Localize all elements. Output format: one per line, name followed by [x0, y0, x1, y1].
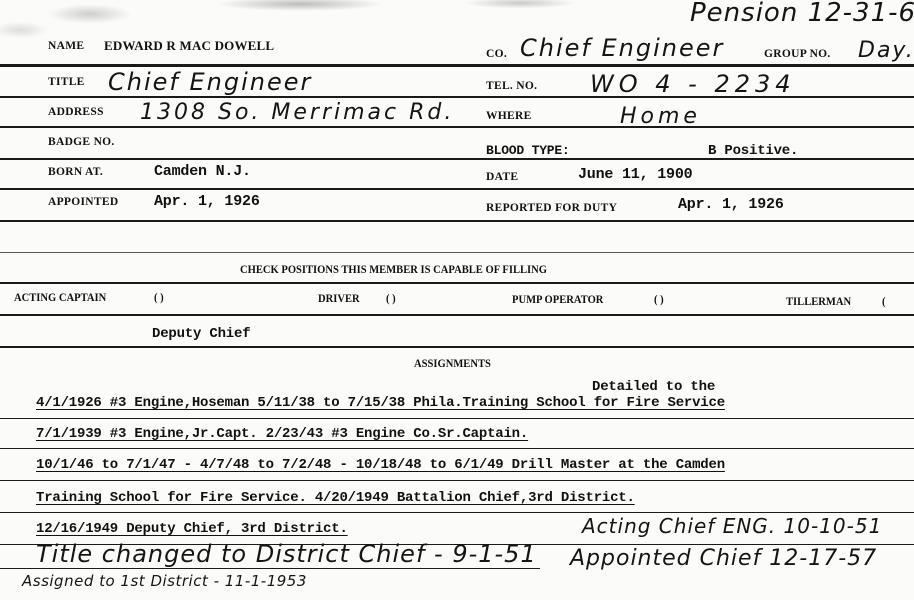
- appointed-label: APPOINTED: [48, 196, 118, 208]
- positions-entry: Deputy Chief: [152, 326, 250, 342]
- position-driver-label: DRIVER: [318, 291, 360, 306]
- position-acting-captain-label: ACTING CAPTAIN: [14, 290, 106, 305]
- assignment-line: 12/16/1949 Deputy Chief, 3rd District.: [36, 521, 348, 537]
- personnel-record-card: Pension 12-31-69 NAME EDWARD R MAC DOWEL…: [0, 0, 914, 600]
- rule: [0, 158, 914, 160]
- address-value: 1308 So. Merrimac Rd.: [140, 100, 454, 125]
- handwritten-acting-chief: Acting Chief ENG. 10-10-51: [582, 514, 882, 538]
- position-driver-checkbox[interactable]: ( ): [386, 291, 396, 306]
- co-label: CO.: [486, 48, 507, 60]
- group-no-label: GROUP NO.: [764, 48, 831, 60]
- rule: [0, 480, 914, 481]
- born-at-label: BORN AT.: [48, 166, 103, 178]
- tel-no-value: WO 4 - 2234: [590, 70, 796, 98]
- address-label: ADDRESS: [48, 106, 104, 118]
- position-acting-captain-checkbox[interactable]: ( ): [154, 290, 164, 305]
- rule: [0, 188, 914, 190]
- tel-no-label: TEL. NO.: [486, 80, 537, 92]
- title-label: TITLE: [48, 76, 85, 88]
- rule: [0, 346, 914, 348]
- handwritten-title-changed: Title changed to District Chief - 9-1-51: [36, 540, 537, 568]
- name-value: EDWARD R MAC DOWELL: [104, 38, 274, 54]
- rule: [0, 418, 914, 419]
- rule: [0, 96, 914, 98]
- positions-heading: CHECK POSITIONS THIS MEMBER IS CAPABLE O…: [240, 262, 547, 277]
- rule: [0, 220, 914, 222]
- group-no-value: Day.: [858, 38, 914, 63]
- handwritten-appointed-chief: Appointed Chief 12-17-57: [570, 546, 877, 571]
- position-tillerman-label: TILLERMAN: [786, 294, 851, 309]
- pension-note: Pension 12-31-69: [690, 0, 914, 28]
- name-label: NAME: [48, 40, 84, 52]
- assignment-line: 4/1/1926 #3 Engine,Hoseman 5/11/38 to 7/…: [36, 395, 725, 411]
- assignments-heading: ASSIGNMENTS: [414, 356, 491, 371]
- rule: [0, 252, 914, 253]
- position-pump-operator-checkbox[interactable]: ( ): [654, 292, 664, 307]
- assignment-line: 7/1/1939 #3 Engine,Jr.Capt. 2/23/43 #3 E…: [36, 426, 528, 442]
- rule: [0, 126, 914, 128]
- blood-type-label: BLOOD TYPE:: [486, 143, 570, 158]
- rule: [0, 568, 540, 569]
- badge-no-label: BADGE NO.: [48, 136, 115, 148]
- handwritten-assigned-district: Assigned to 1st District - 11-1-1953: [22, 572, 307, 590]
- position-pump-operator-label: PUMP OPERATOR: [512, 292, 603, 307]
- position-tillerman-checkbox[interactable]: (: [882, 294, 886, 309]
- born-at-value: Camden N.J.: [154, 163, 251, 180]
- rule: [0, 512, 914, 513]
- rule: [0, 282, 914, 284]
- co-value: Chief Engineer: [520, 34, 724, 62]
- rule: [0, 64, 914, 67]
- detail-note: Detailed to the: [592, 379, 715, 395]
- date-label: DATE: [486, 171, 518, 183]
- assignment-line: 10/1/46 to 7/1/47 - 4/7/48 to 7/2/48 - 1…: [36, 457, 725, 473]
- date-value: June 11, 1900: [578, 166, 692, 183]
- appointed-value: Apr. 1, 1926: [154, 193, 260, 210]
- where-label: WHERE: [486, 110, 532, 122]
- title-value: Chief Engineer: [108, 68, 312, 96]
- reported-for-duty-label: REPORTED FOR DUTY: [486, 202, 617, 214]
- assignment-line: Training School for Fire Service. 4/20/1…: [36, 490, 635, 506]
- rule: [0, 314, 914, 316]
- rule: [0, 448, 914, 449]
- blood-type-value: B Positive.: [708, 143, 798, 159]
- reported-for-duty-value: Apr. 1, 1926: [678, 196, 784, 213]
